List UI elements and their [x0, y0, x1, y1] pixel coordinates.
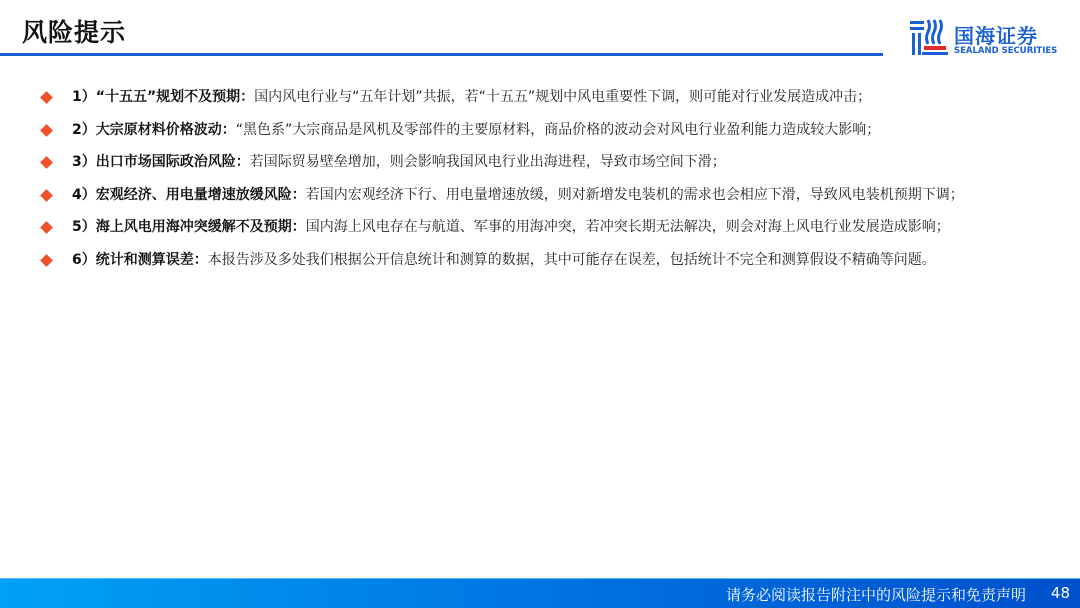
risk-body: 国内海上风电存在与航道、军事的用海冲突，若冲突长期无法解决，则会对海上风电行业发… [306, 219, 950, 235]
logo-name-cn: 国海证券 [954, 20, 1038, 49]
risk-title: 2）大宗原材料价格波动： [72, 122, 236, 138]
risk-item: 1）“十五五”规划不及预期：国内风电行业与“五年计划”共振，若“十五五”规划中风… [40, 84, 1040, 112]
diamond-bullet-icon [40, 156, 53, 169]
risk-item: 5）海上风电用海冲突缓解不及预期：国内海上风电存在与航道、军事的用海冲突，若冲突… [40, 214, 1040, 242]
risk-title: 6）统计和测算误差： [72, 252, 208, 268]
logo-name-en: SEALAND SECURITIES [954, 46, 1057, 56]
risk-body: 国内风电行业与“五年计划”共振，若“十五五”规划中风电重要性下调，则可能对行业发… [254, 89, 871, 105]
footer-bar: 请务必阅读报告附注中的风险提示和免责声明 48 [0, 578, 1080, 608]
diamond-bullet-icon [40, 254, 53, 267]
risk-body: 若国内宏观经济下行、用电量增速放缓，则对新增发电装机的需求也会相应下滑，导致风电… [306, 187, 964, 203]
diamond-bullet-icon [40, 221, 53, 234]
risk-title: 4）宏观经济、用电量增速放缓风险： [72, 187, 306, 203]
footer-disclaimer: 请务必阅读报告附注中的风险提示和免责声明 [726, 584, 1026, 605]
risk-item: 4）宏观经济、用电量增速放缓风险：若国内宏观经济下行、用电量增速放缓，则对新增发… [40, 182, 1040, 210]
risk-item: 6）统计和测算误差：本报告涉及多处我们根据公开信息统计和测算的数据，其中可能存在… [40, 247, 1040, 275]
page-title: 风险提示 [22, 13, 126, 49]
diamond-bullet-icon [40, 189, 53, 202]
risk-body: 本报告涉及多处我们根据公开信息统计和测算的数据，其中可能存在误差，包括统计不完全… [208, 252, 936, 268]
risk-item: 3）出口市场国际政治风险：若国际贸易壁垒增加，则会影响我国风电行业出海进程，导致… [40, 149, 1040, 177]
title-underline [0, 53, 883, 56]
sealand-logo-icon [908, 18, 948, 58]
diamond-bullet-icon [40, 91, 53, 104]
risk-body: 若国际贸易壁垒增加，则会影响我国风电行业出海进程，导致市场空间下滑； [250, 154, 726, 170]
risk-body: “黑色系”大宗商品是风机及零部件的主要原材料，商品价格的波动会对风电行业盈利能力… [236, 122, 881, 138]
page-number: 48 [1051, 584, 1070, 602]
risk-list: 1）“十五五”规划不及预期：国内风电行业与“五年计划”共振，若“十五五”规划中风… [40, 84, 1040, 279]
company-logo: 国海证券 SEALAND SECURITIES [908, 18, 1068, 60]
diamond-bullet-icon [40, 124, 53, 137]
risk-item: 2）大宗原材料价格波动：“黑色系”大宗商品是风机及零部件的主要原材料，商品价格的… [40, 117, 1040, 145]
risk-title: 5）海上风电用海冲突缓解不及预期： [72, 219, 306, 235]
risk-title: 3）出口市场国际政治风险： [72, 154, 250, 170]
risk-title: 1）“十五五”规划不及预期： [72, 89, 254, 105]
